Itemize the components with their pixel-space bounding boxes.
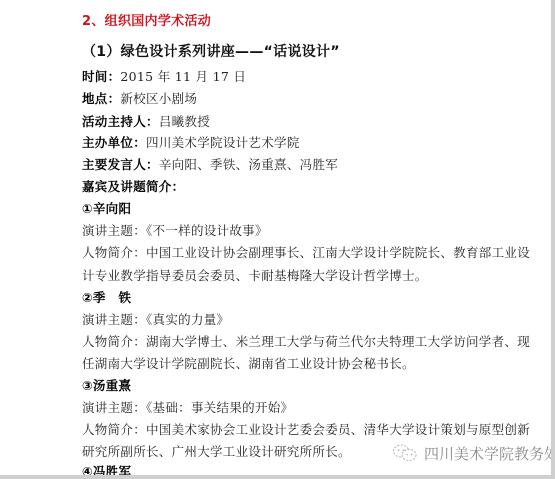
field-label: 主办单位： — [82, 135, 146, 150]
speaker-topic: 演讲主题：《不一样的设计故事》 — [82, 223, 268, 239]
watermark: 四川美术学院教务处 — [392, 440, 551, 466]
field-organizer: 主办单位：四川美术学院设计艺术学院 — [82, 135, 300, 151]
page-border-bottom — [0, 475, 555, 479]
field-label: 地点： — [82, 91, 120, 106]
speaker-name: ④冯胜军 — [82, 464, 131, 475]
speaker-bio-cont: 任湖南大学设计学院副院长、湖南省工业设计协会秘书长。 — [82, 356, 415, 372]
field-value: 2015 年 11 月 17 日 — [120, 69, 246, 84]
field-label: 嘉宾及讲题简介： — [82, 179, 184, 194]
wechat-icon — [392, 443, 418, 463]
speaker-name: ③汤重熹 — [82, 378, 131, 394]
field-guest-intro: 嘉宾及讲题简介： — [82, 179, 184, 195]
speaker-bio-cont: 研究所副所长、广州大学工业设计研究所所长。 — [82, 444, 351, 460]
section-heading: 2、组织国内学术活动 — [82, 14, 211, 30]
field-label: 主要发言人： — [82, 157, 159, 172]
field-main-speakers: 主要发言人：辛向阳、季铁、汤重熹、冯胜军 — [82, 157, 338, 173]
speaker-name: ②季 铁 — [82, 290, 131, 306]
field-value: 吕曦教授 — [159, 114, 210, 129]
speaker-bio: 人物简介：湖南大学博士、米兰理工大学与荷兰代尔夫特理工大学访问学者、现 — [82, 334, 530, 350]
lecture-title: （1）绿色设计系列讲座——“话说设计” — [82, 44, 340, 60]
field-value: 辛向阳、季铁、汤重熹、冯胜军 — [159, 157, 338, 172]
speaker-bio: 人物简介：中国工业设计协会副理事长、江南大学设计学院院长、教育部工业设 — [82, 245, 530, 261]
page-border-right — [551, 0, 555, 479]
field-value: 四川美术学院设计艺术学院 — [146, 135, 300, 150]
speaker-bio-cont: 计专业教学指导委员会委员、卡耐基梅隆大学设计哲学博士。 — [82, 268, 428, 284]
speaker-bio: 人物简介：中国美术家协会工业设计艺委会委员、清华大学设计策划与原型创新 — [82, 422, 530, 438]
field-host: 活动主持人：吕曦教授 — [82, 114, 210, 130]
field-label: 活动主持人： — [82, 114, 159, 129]
field-label: 时间： — [82, 69, 120, 84]
field-value: 新校区小剧场 — [120, 91, 197, 106]
document-page: 2、组织国内学术活动 （1）绿色设计系列讲座——“话说设计” 时间：2015 年… — [0, 0, 551, 475]
speaker-topic: 演讲主题：《基础：事关结果的开始》 — [82, 400, 293, 416]
speaker-name: ①辛向阳 — [82, 201, 131, 217]
watermark-text: 四川美术学院教务处 — [424, 443, 551, 464]
field-location: 地点：新校区小剧场 — [82, 91, 197, 107]
field-time: 时间：2015 年 11 月 17 日 — [82, 69, 246, 85]
speaker-topic: 演讲主题：《真实的力量》 — [82, 312, 229, 328]
